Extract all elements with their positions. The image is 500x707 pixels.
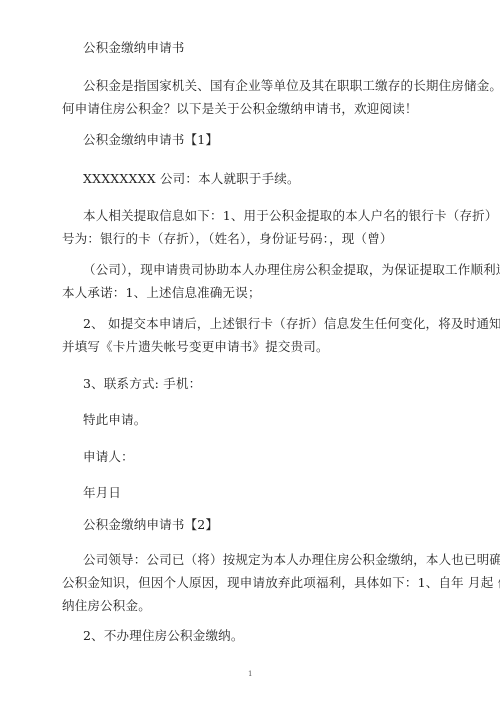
section1-contact: 3、联系方式: 手机： xyxy=(83,376,201,392)
section1-applicant: 申请人： xyxy=(83,449,134,465)
section1-para3-line1: 2、 如提交本申请后，上述银行卡（存折）信息发生任何变化，将及时通知贵司， xyxy=(83,316,500,332)
section2-para1-line2: 公积金知识，但因个人原因，现申请放弃此项福利，具体如下：1、自年 月起 停止缴 xyxy=(62,575,500,591)
section2-heading: 公积金缴纳申请书【2】 xyxy=(83,517,218,533)
section1-closing: 特此申请。 xyxy=(83,412,147,428)
section1-salutation: XXXXXXXX 公司：本人就职于手续。 xyxy=(83,171,300,187)
section1-para2-line2: 本人承诺：1、上述信息准确无误； xyxy=(62,285,261,301)
section1-date: 年月日 xyxy=(83,485,121,501)
section1-heading: 公积金缴纳申请书【1】 xyxy=(83,132,218,148)
section1-para1-line2: 号为：银行的卡（存折），（姓名），身份证号码：，现（曾） xyxy=(62,231,393,247)
section2-item2: 2、不办理住房公积金缴纳。 xyxy=(83,628,244,644)
section2-para1-line3: 纳住房公积金。 xyxy=(62,598,151,614)
page-number: 1 xyxy=(248,670,252,678)
section1-para3-line2: 并填写《卡片遗失帐号变更申请书》提交贵司。 xyxy=(62,339,329,355)
intro-line-2: 何申请住房公积金？以下是关于公积金缴纳申请书，欢迎阅读！ xyxy=(62,101,418,117)
document-page: 公积金缴纳申请书 公积金是指国家机关、国有企业等单位及其在职职工缴存的长期住房储… xyxy=(0,0,500,707)
section2-para1-line1: 公司领导：公司已（将）按规定为本人办理住房公积金缴纳，本人也已明确住 房 xyxy=(83,552,500,568)
intro-line-1: 公积金是指国家机关、国有企业等单位及其在职职工缴存的长期住房储金。 要如 xyxy=(83,78,500,94)
section1-para2-line1: （公司），现申请贵司协助本人办理住房公积金提取，为保证提取工作顺利进 行， xyxy=(83,262,500,278)
document-title: 公积金缴纳申请书 xyxy=(83,40,185,56)
section1-para1-line1: 本人相关提取信息如下：1、用于公积金提取的本人户名的银行卡（存折） 为账 xyxy=(83,208,500,224)
